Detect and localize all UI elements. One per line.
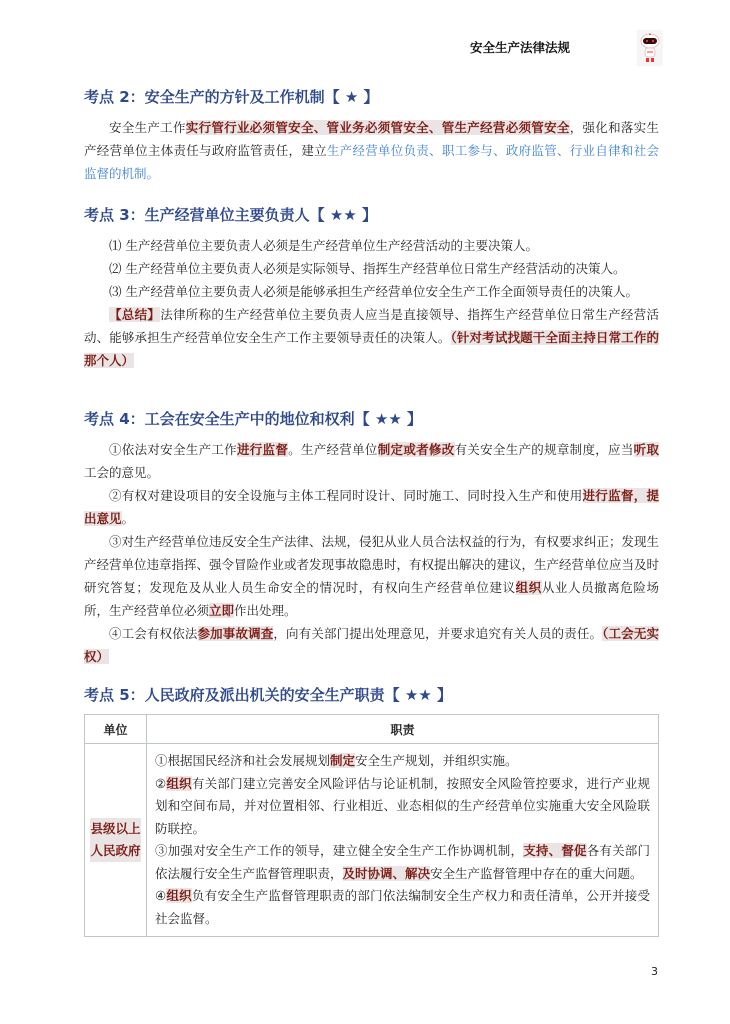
column-header-duty: 职责 xyxy=(147,715,659,744)
robot-mascot-icon xyxy=(637,30,663,66)
text: 工会的意见。 xyxy=(84,465,159,480)
text: ①依法对安全生产工作 xyxy=(109,442,237,457)
table-row: 县级以上 人民政府 ①根据国民经济和社会发展规划制定安全生产规划，并组织实施。 … xyxy=(85,744,659,937)
section-title: 考点 3：生产经营单位主要负责人【 ★★ 】 xyxy=(84,204,659,226)
page-number: 3 xyxy=(651,965,658,978)
list-item: ②有权对建设项目的安全设施与主体工程同时设计、同时施工、同时投入生产和使用进行监… xyxy=(84,484,659,530)
duty-item: ②组织有关部门建立完善安全风险评估与论证机制，按照安全风险管控要求，进行产业规划… xyxy=(155,773,650,841)
highlight: 制定或者修改 xyxy=(378,442,455,457)
list-item: ⑶ 生产经营单位主要负责人必须是能够承担生产经营单位安全生产工作全面领导责任的决… xyxy=(84,280,659,303)
highlight: 支持、督促 xyxy=(523,843,586,858)
text: 有关部门建立完善安全风险评估与论证机制，按照安全风险管控要求，进行产业规划和空间… xyxy=(155,776,650,836)
text: 负有安全生产监督管理职责的部门依法编制安全生产权力和责任清单，公开并接受社会监督… xyxy=(155,888,650,926)
text: 安全生产规划，并组织实施。 xyxy=(355,753,518,768)
text: 安全生产工作 xyxy=(109,120,186,135)
unit-line: 人民政府 xyxy=(90,840,140,862)
section-title: 考点 4：工会在安全生产中的地位和权利【 ★★ 】 xyxy=(84,408,659,430)
highlight: 实行管行业必须管安全、管业务必须管安全、管生产经营必须管安全 xyxy=(186,120,570,135)
text: 有关安全生产的规章制度，应当 xyxy=(455,442,634,457)
duty-item: ①根据国民经济和社会发展规划制定安全生产规划，并组织实施。 xyxy=(155,750,650,773)
highlight: 及时协调、解决 xyxy=(343,866,431,881)
list-item: ④工会有权依法参加事故调查，向有关部门提出处理意见，并要求追究有关人员的责任。（… xyxy=(84,622,659,668)
text: 作出处理。 xyxy=(234,603,297,618)
unit-cell: 县级以上 人民政府 xyxy=(85,744,147,937)
section-kp3: 考点 3：生产经营单位主要负责人【 ★★ 】 ⑴ 生产经营单位主要负责人必须是生… xyxy=(84,204,659,372)
text: ②有权对建设项目的安全设施与主体工程同时设计、同时施工、同时投入生产和使用 xyxy=(109,488,583,503)
duty-cell: ①根据国民经济和社会发展规划制定安全生产规划，并组织实施。 ②组织有关部门建立完… xyxy=(147,744,659,937)
text: ② xyxy=(155,776,166,791)
text: 。生产经营单位 xyxy=(288,442,378,457)
highlight: 组织 xyxy=(516,580,542,595)
highlight: 参加事故调查 xyxy=(198,626,274,641)
duty-item: ④组织负有安全生产监督管理职责的部门依法编制安全生产权力和责任清单，公开并接受社… xyxy=(155,885,650,930)
highlight: 进行监督 xyxy=(237,442,288,457)
highlight: 组织 xyxy=(166,888,191,903)
summary-label: 【总结】 xyxy=(109,307,160,322)
highlight: 听取 xyxy=(634,442,659,457)
summary-paragraph: 【总结】法律所称的生产经营单位主要负责人应当是直接领导、指挥生产经营单位日常生产… xyxy=(84,303,659,372)
section-title: 考点 2：安全生产的方针及工作机制【 ★ 】 xyxy=(84,86,659,108)
text: 安全生产监督管理中存在的重大问题。 xyxy=(430,866,643,881)
list-item: ⑵ 生产经营单位主要负责人必须是实际领导、指挥生产经营单位日常生产经营活动的决策… xyxy=(84,257,659,280)
paragraph: 安全生产工作实行管行业必须管安全、管业务必须管安全、管生产经营必须管安全，强化和… xyxy=(84,116,659,185)
text: 。 xyxy=(122,511,135,526)
unit-line: 县级以上 xyxy=(90,818,140,840)
text: ④ xyxy=(155,888,166,903)
duties-table: 单位 职责 县级以上 人民政府 ①根据国民经济和社会发展规划制定安全生产规划，并… xyxy=(84,714,659,937)
text: ③加强对安全生产工作的领导，建立健全安全生产工作协调机制， xyxy=(155,843,523,858)
text: ①根据国民经济和社会发展规划 xyxy=(155,753,330,768)
list-item: ③对生产经营单位违反安全生产法律、法规，侵犯从业人员合法权益的行为，有权要求纠正… xyxy=(84,530,659,622)
text: ，向有关部门提出处理意见，并要求追究有关人员的责任。 xyxy=(273,626,602,641)
highlight: 组织 xyxy=(166,776,191,791)
list-item: ⑴ 生产经营单位主要负责人必须是生产经营单位生产经营活动的主要决策人。 xyxy=(84,234,659,257)
table-header-row: 单位 职责 xyxy=(85,715,659,744)
highlight: 制定 xyxy=(330,753,355,768)
text: ④工会有权依法 xyxy=(109,626,198,641)
highlight: 立即 xyxy=(209,603,234,618)
list-item: ①依法对安全生产工作进行监督。生产经营单位制定或者修改有关安全生产的规章制度，应… xyxy=(84,438,659,484)
section-kp2: 考点 2：安全生产的方针及工作机制【 ★ 】 安全生产工作实行管行业必须管安全、… xyxy=(84,86,659,185)
section-title: 考点 5：人民政府及派出机关的安全生产职责【 ★★ 】 xyxy=(84,684,659,706)
running-header-title: 安全生产法律法规 xyxy=(470,38,570,56)
column-header-unit: 单位 xyxy=(85,715,147,744)
section-kp4: 考点 4：工会在安全生产中的地位和权利【 ★★ 】 ①依法对安全生产工作进行监督… xyxy=(84,408,659,668)
section-kp5: 考点 5：人民政府及派出机关的安全生产职责【 ★★ 】 单位 职责 县级以上 人… xyxy=(84,684,659,937)
duty-item: ③加强对安全生产工作的领导，建立健全安全生产工作协调机制，支持、督促各有关部门依… xyxy=(155,840,650,885)
